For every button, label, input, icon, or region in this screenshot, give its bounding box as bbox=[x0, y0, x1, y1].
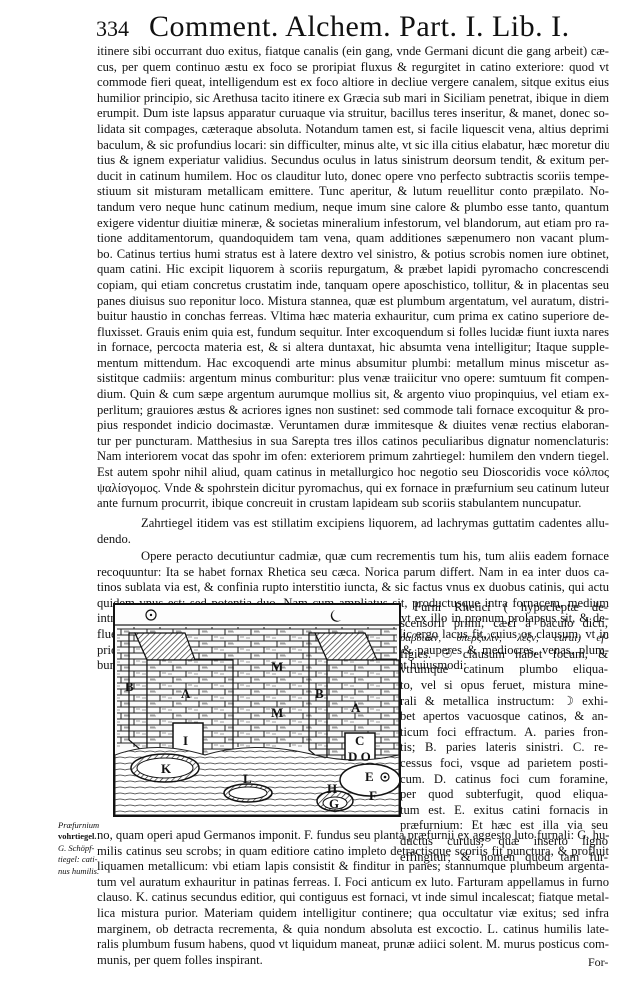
running-title: Comment. Alchem. Part. I. Lib. I. bbox=[149, 10, 570, 44]
text-line: no, quam operi apud Germanos imponit. F.… bbox=[97, 828, 609, 844]
text-line: Nam interiorem vocat das spohr im ofen: … bbox=[97, 449, 609, 465]
text-line: copiam, qui etiam concretus crustatim in… bbox=[97, 278, 609, 294]
text-line: clauso. K. catinus secundus editior, qui… bbox=[97, 890, 609, 906]
margin-note-line: Præfurnium bbox=[58, 820, 100, 831]
text-line: liquamen metallicum: vbi etiam lapis con… bbox=[97, 859, 609, 875]
svg-text:C: C bbox=[355, 733, 364, 748]
text-line: panes diuisus suo reponitur loco. Mistur… bbox=[97, 294, 609, 310]
text-line: sistitque cadmiis: argentum minus combur… bbox=[97, 371, 609, 387]
caption-line: cum. D. catinus foci cum foramine, bbox=[400, 772, 608, 788]
svg-text:G: G bbox=[329, 796, 339, 811]
text-line: buitur haustio in conchas ferreas. Vltim… bbox=[97, 309, 609, 325]
text-line: baculum, & sic profundius locari: sin di… bbox=[97, 138, 609, 154]
text-line: dium. Quin & cum sæpe argentum aurumque … bbox=[97, 387, 609, 403]
text-line: quam catini. Hic excipit liquorem à scor… bbox=[97, 262, 609, 278]
svg-text:F: F bbox=[369, 788, 377, 803]
svg-text:A: A bbox=[351, 700, 361, 715]
caption-line: vtrumque catinum plumbo eliqua- bbox=[400, 662, 608, 678]
caption-line: per quod subterfugit, quod eliqua- bbox=[400, 787, 608, 803]
text-line: exigere videntur diuitiæ mineræ, & socie… bbox=[97, 216, 609, 232]
caption-line: tis; B. paries lateris sinistri. C. re- bbox=[400, 740, 608, 756]
running-header: 334 Comment. Alchem. Part. I. Lib. I. bbox=[96, 10, 596, 46]
svg-text:D O: D O bbox=[348, 749, 371, 764]
margin-note-line: nus humilis. bbox=[58, 866, 100, 877]
svg-text:L: L bbox=[243, 771, 252, 786]
caption-line: ῥαβδιαίν, ὑπερξυλίν, λέξν, curui) ef- bbox=[400, 631, 608, 647]
margin-note-line: G. Schöpf- bbox=[58, 843, 100, 854]
figure-legend-continuation: no, quam operi apud Germanos imponit. F.… bbox=[97, 828, 609, 968]
caption-line: scensorii primi, cæci à baculo dicti, bbox=[400, 616, 608, 632]
svg-text:B: B bbox=[125, 679, 134, 694]
text-line: tandum vero neque hunc catinum medium, n… bbox=[97, 200, 609, 216]
text-line: ante furnum procurrit, ibique concreuit … bbox=[97, 496, 609, 512]
text-line: humilior principio, sic Arethusa tacito … bbox=[97, 91, 609, 107]
text-line: bo. Catinus tertius humi stratus est à l… bbox=[97, 247, 609, 263]
text-line: Est autem spohr nihil aliud, quam catinu… bbox=[97, 465, 609, 481]
text-line: erumpit. Dum iste lapsus apparatur curua… bbox=[97, 106, 609, 122]
text-line: ψαλίσγομος. Vnde & spohrstein dicitur py… bbox=[97, 481, 609, 497]
svg-text:M: M bbox=[271, 659, 283, 674]
text-line: munis, per quem folles inspirant. bbox=[97, 953, 609, 969]
text-line: commode fieri queat, intelligendum est e… bbox=[97, 75, 609, 91]
figure-caption: Furni Rhetici ( hypocleptæ de- scensorii… bbox=[400, 600, 608, 865]
text-line: recoquuntur: Ita se habet fornax Rhetica… bbox=[97, 565, 609, 581]
svg-text:B: B bbox=[315, 686, 324, 701]
svg-text:H: H bbox=[327, 781, 337, 796]
catchword: For- bbox=[588, 955, 608, 970]
margin-note-line: vohrtiegel. bbox=[58, 831, 100, 842]
furnace-woodcut-illustration: B A M M I K L B A C D O E F G H bbox=[113, 603, 401, 817]
text-line: pius respondet indicio docimastæ. Verunt… bbox=[97, 418, 609, 434]
text-line: mentum mittendum. Hac excoquendi arte mi… bbox=[97, 356, 609, 372]
caption-line: cessus foci, vsque ad parietem posti- bbox=[400, 756, 608, 772]
caption-line: rali & metallica instructum: ☽ exhi- bbox=[400, 694, 608, 710]
text-line: tinos sublata via est, & confinia rupto … bbox=[97, 580, 609, 596]
text-line: in fornace, percocta materia est, & si a… bbox=[97, 340, 609, 356]
svg-text:I: I bbox=[183, 733, 188, 748]
text-line: lidata sit compages, cæteraque absoluta.… bbox=[97, 122, 609, 138]
text-line: cus, per quem continuo æstu ex foco se p… bbox=[97, 60, 609, 76]
svg-text:E: E bbox=[365, 769, 374, 784]
book-page: 334 Comment. Alchem. Part. I. Lib. I. it… bbox=[0, 0, 618, 1000]
text-line: tur per puncturam. Matthesius in sua Sar… bbox=[97, 434, 609, 450]
caption-line: bet apertos vacuosque catinos, & an- bbox=[400, 709, 608, 725]
text-line: tius & ignem experiatur validius. Secund… bbox=[97, 153, 609, 169]
text-line: perlitum; grauiores æstus & acriores ign… bbox=[97, 403, 609, 419]
text-line: Zahrtiegel itidem vas est stillatim exci… bbox=[97, 516, 609, 532]
margin-note-line: tiegel: cati- bbox=[58, 854, 100, 865]
caption-line: to, vel si opus feruet, mistura mine- bbox=[400, 678, 608, 694]
text-line: fluxisset. Grauis enim quia est, fundum … bbox=[97, 325, 609, 341]
text-line: ralis plumbum fusum habens, quod vt liqu… bbox=[97, 937, 609, 953]
caption-line: tum est. E. exitus catini fornacis in bbox=[400, 803, 608, 819]
main-paragraph: itinere sibi occurrant duo exitus, fiatq… bbox=[97, 44, 609, 512]
text-line: stiuum sit misturam metallicam emittere.… bbox=[97, 184, 609, 200]
text-line: milis catinus seu scrobs; in quam editio… bbox=[97, 844, 609, 860]
svg-text:K: K bbox=[161, 761, 172, 776]
text-line: marginem, ob detracta recrementa, & quia… bbox=[97, 922, 609, 938]
caption-line: Furni Rhetici ( hypocleptæ de- bbox=[400, 600, 608, 616]
svg-text:M: M bbox=[271, 705, 283, 720]
caption-line: figies. ☉ clausum habet focum, & bbox=[400, 647, 608, 663]
text-line: ducit in catinum humilem. Hoc os claudit… bbox=[97, 169, 609, 185]
svg-text:A: A bbox=[181, 686, 191, 701]
margin-note: Præfurnium vohrtiegel. G. Schöpf- tiegel… bbox=[58, 820, 100, 877]
caption-line: ticum foci effractum. A. paries fron- bbox=[400, 725, 608, 741]
text-line: Opere peracto decutiuntur cadmiæ, quæ cu… bbox=[97, 549, 609, 565]
text-line: itinere sibi occurrant duo exitus, fiatq… bbox=[97, 44, 609, 60]
zahrtiegel-paragraph: Zahrtiegel itidem vas est stillatim exci… bbox=[97, 516, 609, 547]
page-number: 334 bbox=[96, 16, 129, 42]
text-line: lica mistura purior. Materiam quidem int… bbox=[97, 906, 609, 922]
text-line: tione additamentorum, quandoquidem tam v… bbox=[97, 231, 609, 247]
text-line: dendo. bbox=[97, 532, 609, 548]
text-line: tum vel auratum exhauritur in patinas fe… bbox=[97, 875, 609, 891]
